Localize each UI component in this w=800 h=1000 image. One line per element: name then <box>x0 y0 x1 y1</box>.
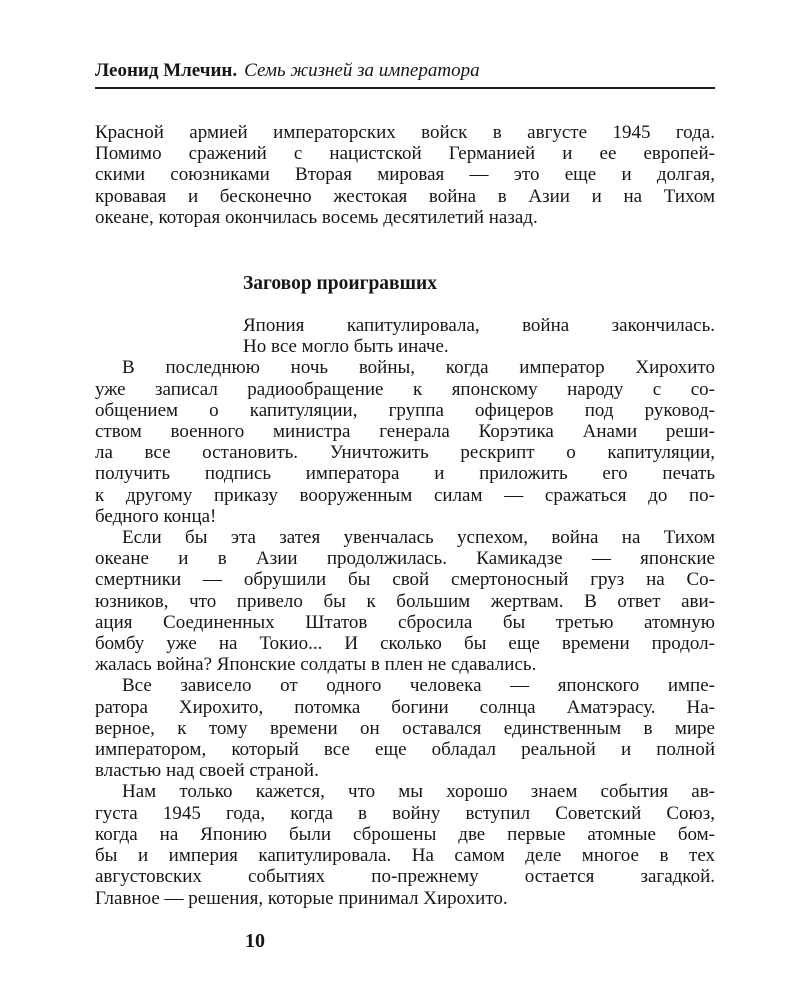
text-line: бы и империя капитулировала. На самом де… <box>95 845 715 866</box>
text-line: ством военного министра генерала Корэтик… <box>95 421 715 442</box>
text-line: к другому приказу вооруженным силам — ср… <box>95 485 715 506</box>
text-line: уже записал радиообращение к японскому н… <box>95 379 715 400</box>
running-header-book-title: Семь жизней за императора <box>244 60 479 81</box>
text-line: скими союзниками Вторая мировая — это ещ… <box>95 164 715 185</box>
text-block: Леонид Млечин.Семь жизней за императора … <box>95 60 715 952</box>
text-line: густа 1945 года, когда в войну вступил С… <box>95 803 715 824</box>
page-number: 10 <box>245 930 715 952</box>
paragraph: В последнюю ночь войны, когда император … <box>95 357 715 527</box>
text-line: августовских событиях по-прежнему остает… <box>95 866 715 887</box>
text-line: бомбу уже на Токио... И сколько бы еще в… <box>95 633 715 654</box>
text-line: Если бы эта затея увенчалась успехом, во… <box>95 527 715 548</box>
text-line: ла все остановить. Уничтожить рескрипт о… <box>95 442 715 463</box>
text-line: Помимо сражений с нацистской Германией и… <box>95 143 715 164</box>
book-page: Леонид Млечин.Семь жизней за императора … <box>0 0 800 1000</box>
paragraph: Нам только кажется, что мы хорошо знаем … <box>95 781 715 908</box>
paragraph: Все зависело от одного человека — японск… <box>95 675 715 781</box>
text-line: верное, к тому времени он оставался един… <box>95 718 715 739</box>
section-heading: Заговор проигравших <box>243 273 715 295</box>
text-line: властью над своей страной. <box>95 760 715 781</box>
opening-paragraph: Красной армией императорских войск в авг… <box>95 122 715 228</box>
text-line: бедного конца! <box>95 506 715 527</box>
epigraph: Япония капитулировала, война закончилась… <box>243 315 715 357</box>
body-paragraphs: В последнюю ночь войны, когда император … <box>95 357 715 908</box>
text-line: В последнюю ночь войны, когда император … <box>95 357 715 378</box>
text-line: Все зависело от одного человека — японск… <box>95 675 715 696</box>
text-line: Япония капитулировала, война закончилась… <box>243 315 715 336</box>
text-line: ация Соединенных Штатов сбросила бы трет… <box>95 612 715 633</box>
text-line: Но все могло быть иначе. <box>243 336 715 357</box>
text-line: Главное — решения, которые принимал Хиро… <box>95 888 715 909</box>
running-header: Леонид Млечин.Семь жизней за императора <box>95 60 715 89</box>
text-line: получить подпись императора и приложить … <box>95 463 715 484</box>
text-line: юзников, что привело бы к большим жертва… <box>95 591 715 612</box>
text-line: кровавая и бесконечно жестокая война в А… <box>95 186 715 207</box>
text-line: императором, который все еще обладал реа… <box>95 739 715 760</box>
text-line: общением о капитуляции, группа офицеров … <box>95 400 715 421</box>
text-line: океане, которая окончилась восемь десяти… <box>95 207 715 228</box>
text-line: Нам только кажется, что мы хорошо знаем … <box>95 781 715 802</box>
text-line: жалась война? Японские солдаты в плен не… <box>95 654 715 675</box>
text-line: смертники — обрушили бы свой смертоносны… <box>95 569 715 590</box>
text-line: когда на Японию были сброшены две первые… <box>95 824 715 845</box>
paragraph: Если бы эта затея увенчалась успехом, во… <box>95 527 715 675</box>
text-line: океане и в Азии продолжилась. Камикадзе … <box>95 548 715 569</box>
text-line: Красной армией императорских войск в авг… <box>95 122 715 143</box>
running-header-author: Леонид Млечин. <box>95 60 237 81</box>
text-line: ратора Хирохито, потомка богини солнца А… <box>95 697 715 718</box>
